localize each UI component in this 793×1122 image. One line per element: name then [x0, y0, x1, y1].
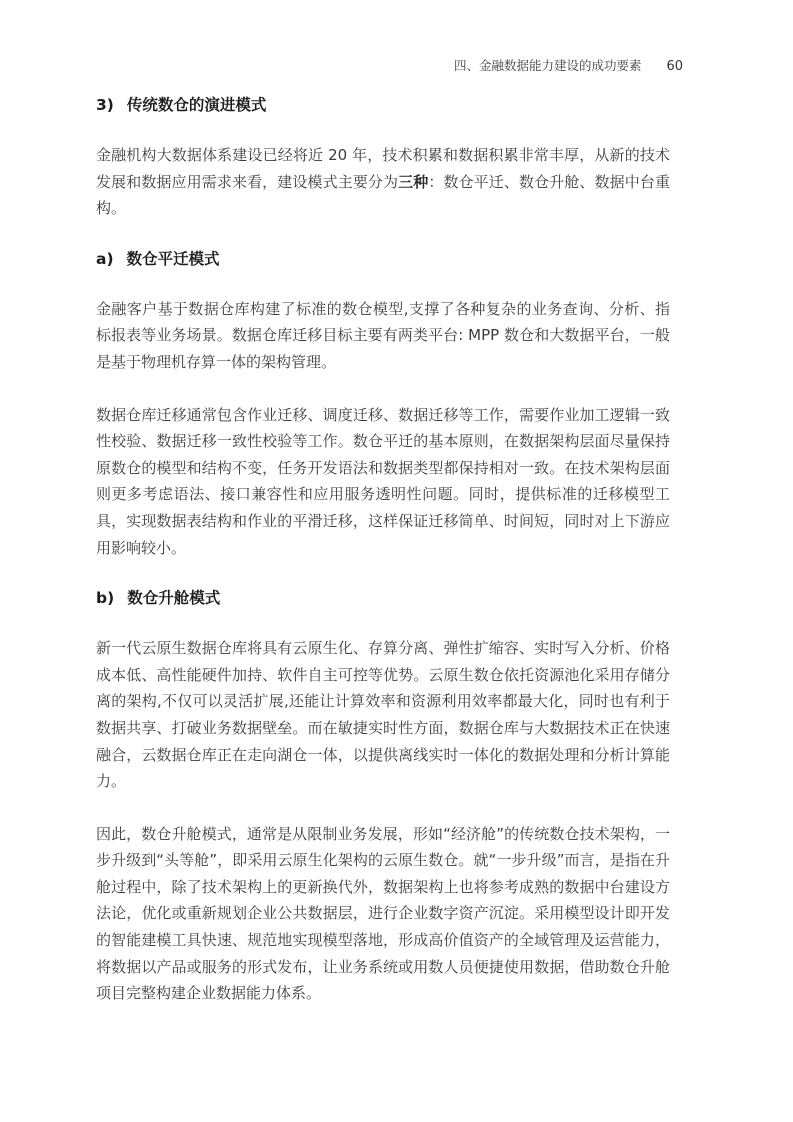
subsection-b-title: 数仓升舱模式 [127, 589, 220, 607]
subsection-b-number: b) [96, 587, 114, 609]
subsection-a-number: a) [96, 248, 114, 270]
running-header: 四、金融数据能力建设的成功要素 60 [96, 57, 683, 75]
paragraph-a-1: 金融客户基于数据仓库构建了标准的数仓模型,支撑了各种复杂的业务查询、分析、指标报… [96, 296, 670, 376]
section-heading-number: 3) [96, 94, 114, 116]
subsection-heading-b: b)数仓升舱模式 [96, 587, 670, 609]
page-number: 60 [666, 58, 683, 75]
page-content: 3)传统数仓的演进模式 金融机构大数据体系建设已经将近 20 年，技术积累和数据… [96, 88, 670, 1033]
paragraph-b-1: 新一代云原生数据仓库将具有云原生化、存算分离、弹性扩缩容、实时写入分析、价格成本… [96, 635, 670, 795]
subsection-heading-a: a)数仓平迁模式 [96, 248, 670, 270]
document-page: 四、金融数据能力建设的成功要素 60 3)传统数仓的演进模式 金融机构大数据体系… [0, 0, 793, 1122]
paragraph-a-2: 数据仓库迁移通常包含作业迁移、调度迁移、数据迁移等工作，需要作业加工逻辑一致性校… [96, 402, 670, 562]
section-heading-title: 传统数仓的演进模式 [127, 96, 267, 114]
subsection-a-title: 数仓平迁模式 [127, 250, 220, 268]
paragraph-intro: 金融机构大数据体系建设已经将近 20 年，技术积累和数据积累非常丰厚，从新的技术… [96, 142, 670, 222]
paragraph-intro-bold-text: 三种 [398, 173, 428, 191]
section-heading-evolution: 3)传统数仓的演进模式 [96, 94, 670, 116]
header-section-title: 四、金融数据能力建设的成功要素 [454, 57, 642, 74]
paragraph-b-2: 因此，数仓升舱模式，通常是从限制业务发展，形如“经济舱”的传统数仓技术架构，一步… [96, 821, 670, 1007]
